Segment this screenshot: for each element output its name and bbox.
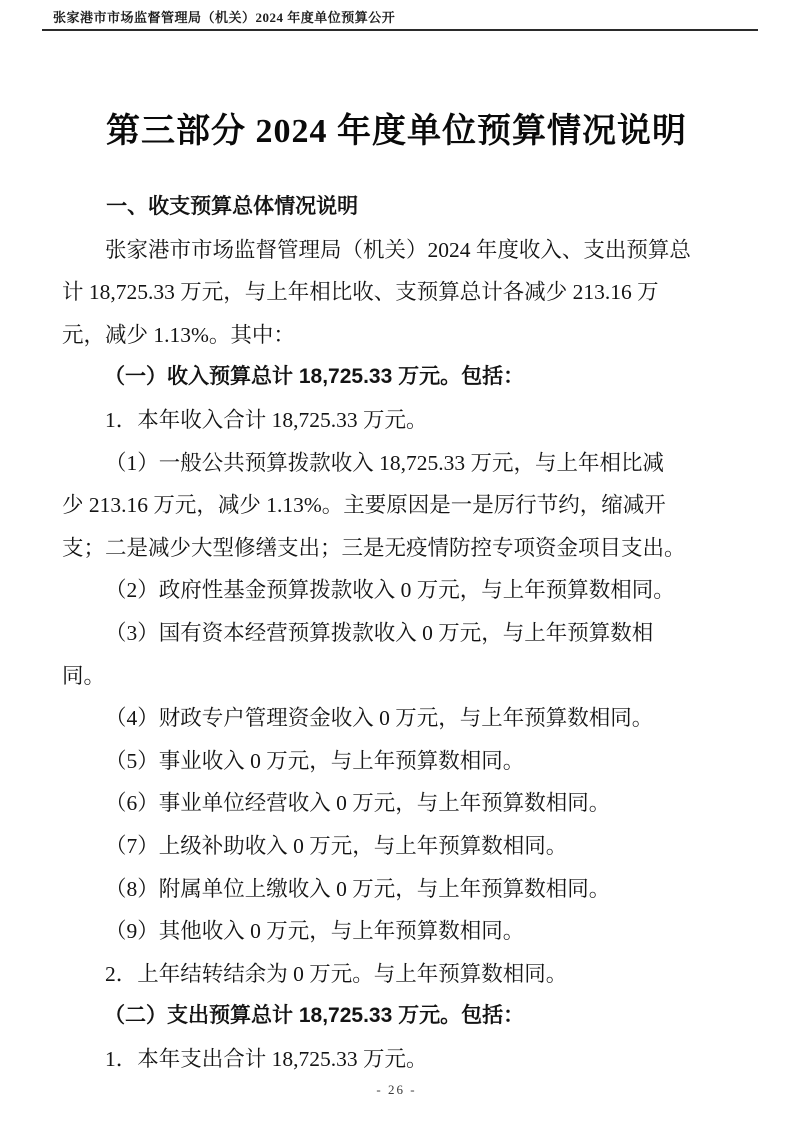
doc-line: 2．上年结转结余为 0 万元。与上年预算数相同。 bbox=[62, 953, 738, 996]
subsection-heading-expense: （二）支出预算总计 18,725.33 万元。包括： bbox=[62, 995, 738, 1038]
subsection-heading-income: （一）收入预算总计 18,725.33 万元。包括： bbox=[62, 356, 738, 399]
document-body: 一、收支预算总体情况说明 张家港市市场监督管理局（机关）2024 年度收入、支出… bbox=[62, 186, 738, 1080]
doc-line: （3）国有资本经营预算拨款收入 0 万元，与上年预算数相 bbox=[62, 612, 738, 655]
section-heading: 一、收支预算总体情况说明 bbox=[62, 186, 738, 229]
doc-line: 同。 bbox=[62, 655, 738, 698]
doc-line: （5）事业收入 0 万元，与上年预算数相同。 bbox=[62, 740, 738, 783]
doc-line: （8）附属单位上缴收入 0 万元，与上年预算数相同。 bbox=[62, 868, 738, 911]
doc-line: （7）上级补助收入 0 万元，与上年预算数相同。 bbox=[62, 825, 738, 868]
document-title: 第三部分 2024 年度单位预算情况说明 bbox=[0, 103, 793, 152]
page-header: 张家港市市场监督管理局（机关）2024 年度单位预算公开 bbox=[42, 9, 758, 31]
document-page: 张家港市市场监督管理局（机关）2024 年度单位预算公开 第三部分 2024 年… bbox=[0, 0, 793, 1122]
doc-line: 1．本年收入合计 18,725.33 万元。 bbox=[62, 399, 738, 442]
doc-line: 张家港市市场监督管理局（机关）2024 年度收入、支出预算总 bbox=[62, 229, 738, 272]
doc-line: 少 213.16 万元，减少 1.13%。主要原因是一是厉行节约，缩减开 bbox=[62, 484, 738, 527]
page-number: - 26 - bbox=[0, 1082, 793, 1098]
doc-line: （2）政府性基金预算拨款收入 0 万元，与上年预算数相同。 bbox=[62, 569, 738, 612]
doc-line: （4）财政专户管理资金收入 0 万元，与上年预算数相同。 bbox=[62, 697, 738, 740]
doc-line: 支；二是减少大型修缮支出；三是无疫情防控专项资金项目支出。 bbox=[62, 527, 738, 570]
doc-line: 计 18,725.33 万元，与上年相比收、支预算总计各减少 213.16 万 bbox=[62, 271, 738, 314]
doc-line: （1）一般公共预算拨款收入 18,725.33 万元，与上年相比减 bbox=[62, 442, 738, 485]
doc-line: （9）其他收入 0 万元，与上年预算数相同。 bbox=[62, 910, 738, 953]
doc-line: 元，减少 1.13%。其中： bbox=[62, 314, 738, 357]
doc-line: 1．本年支出合计 18,725.33 万元。 bbox=[62, 1038, 738, 1081]
doc-line: （6）事业单位经营收入 0 万元，与上年预算数相同。 bbox=[62, 782, 738, 825]
